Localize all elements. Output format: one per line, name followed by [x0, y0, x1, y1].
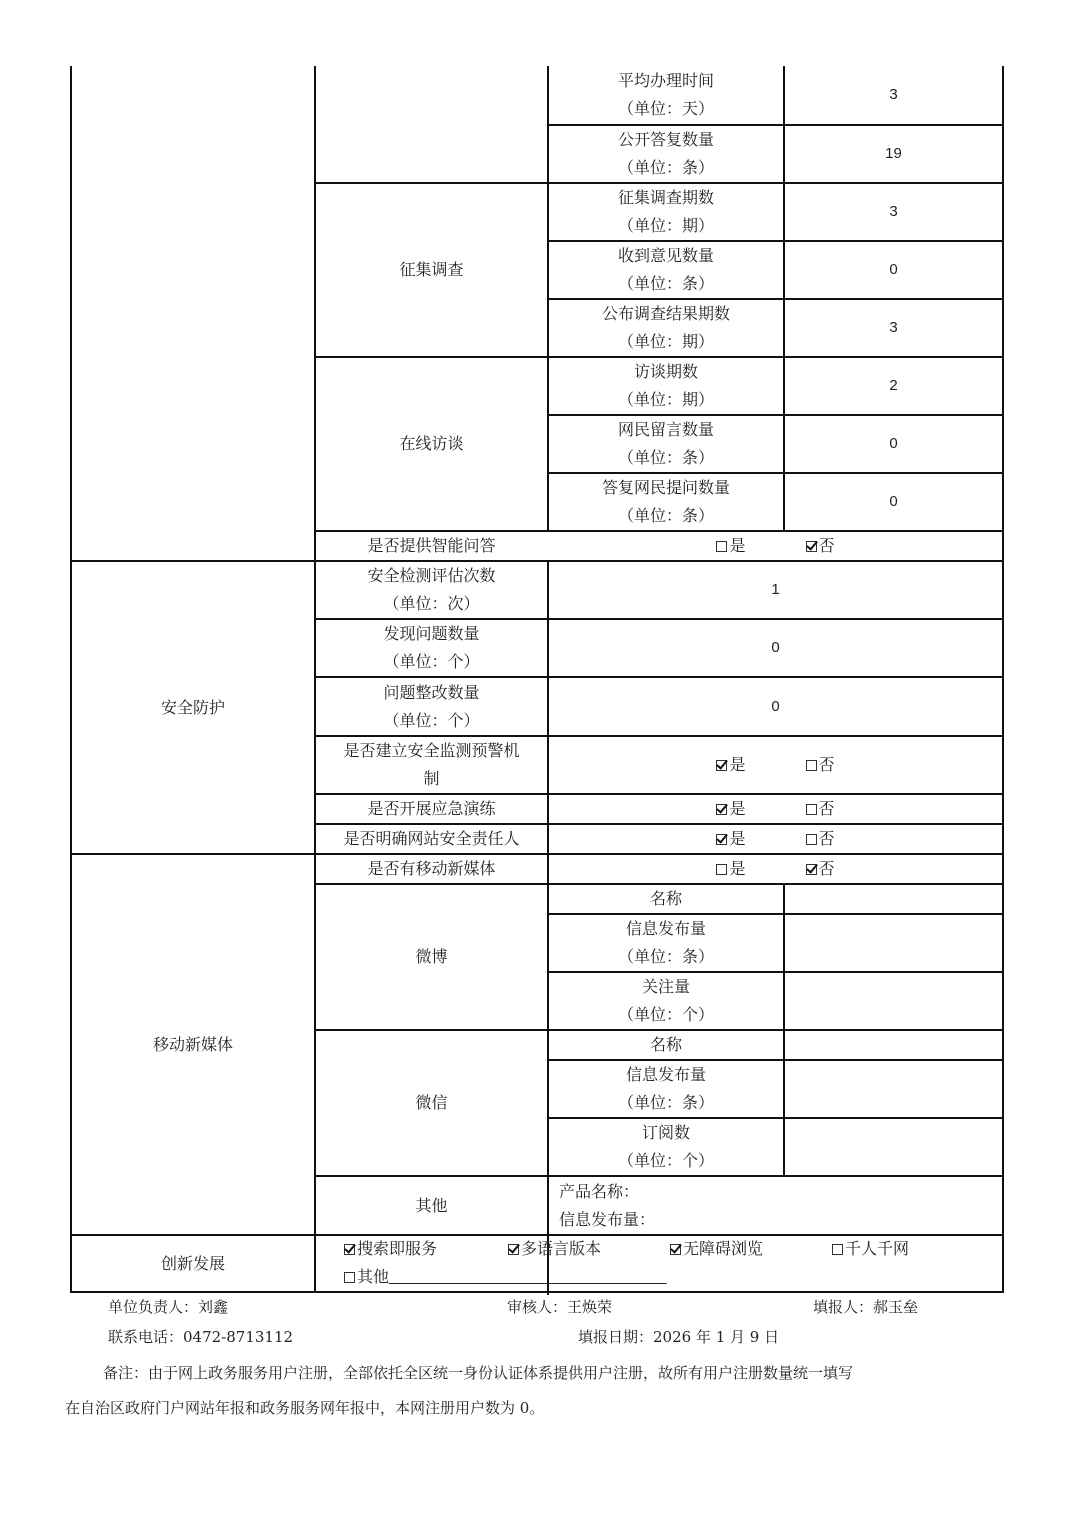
value-cell[interactable] — [785, 915, 1002, 971]
checkbox-unchecked-icon — [344, 1272, 355, 1283]
option-label: 否 — [819, 751, 835, 779]
group-label: 征集调查 — [399, 256, 463, 284]
fill-date: 填报日期：2026 年 1 月 9 日 — [578, 1326, 779, 1347]
row-unit: （单位：期） — [618, 328, 714, 356]
responsible-no-checkbox[interactable]: 否 — [806, 825, 835, 853]
option-label: 否 — [819, 532, 835, 560]
value-cell[interactable] — [785, 973, 1002, 1029]
row-label: 是否有移动新媒体 — [367, 855, 495, 883]
check-options: 是 否 — [549, 737, 1002, 793]
option-label: 无障碍浏览 — [683, 1235, 763, 1263]
checkbox-checked-icon — [716, 834, 727, 845]
smart-qa-yes-checkbox[interactable]: 是 — [716, 532, 745, 560]
value-cell[interactable] — [785, 1061, 1002, 1117]
label-cell: 信息发布量 （单位：条） — [549, 1061, 783, 1117]
check-options: 是 否 — [549, 795, 1002, 823]
row-value: 0 — [889, 488, 897, 516]
other-blank-field[interactable]: ___________________________________ — [389, 1263, 665, 1291]
row-label: 网民留言数量 — [618, 416, 714, 444]
row-unit: （单位：个） — [618, 1147, 714, 1175]
row-label: 关注量 — [642, 973, 690, 1001]
row-label-cont: 制 — [423, 765, 439, 793]
note-line-1: 备注：由于网上政务服务用户注册，全部依托全区统一身份认证体系提供用户注册，故所有… — [103, 1362, 853, 1383]
label-cell: 平均办理时间 （单位：天） — [549, 66, 783, 124]
label-cell: 是否开展应急演练 — [316, 795, 547, 823]
row-unit: （单位：条） — [618, 270, 714, 298]
row-value: 3 — [889, 314, 897, 342]
checkbox-checked-icon — [806, 541, 817, 552]
row-label: 答复网民提问数量 — [602, 474, 730, 502]
value-cell: 0 — [785, 416, 1002, 472]
row-label: 访谈期数 — [634, 358, 698, 386]
option-label: 多语言版本 — [521, 1235, 601, 1263]
row-value: 0 — [889, 430, 897, 458]
check-options: 是 否 — [549, 825, 1002, 853]
innovation-options: 搜索即服务 多语言版本 无障碍浏览 千人千网 其他_______________… — [316, 1236, 1002, 1291]
option-multilingual[interactable]: 多语言版本 — [508, 1235, 670, 1263]
other-product-cell[interactable]: 产品名称： 信息发布量： — [549, 1177, 1002, 1234]
checkbox-checked-icon — [806, 864, 817, 875]
drill-no-checkbox[interactable]: 否 — [806, 795, 835, 823]
monitoring-yes-checkbox[interactable]: 是 — [716, 751, 745, 779]
publish-count-label: 信息发布量： — [559, 1206, 655, 1234]
row-label: 订阅数 — [642, 1119, 690, 1147]
option-label: 否 — [819, 855, 835, 883]
row-label: 信息发布量 — [626, 915, 706, 943]
row-unit: （单位：个） — [383, 648, 479, 676]
row-label: 安全检测评估次数 — [367, 562, 495, 590]
group-weibo: 微博 — [316, 885, 547, 1029]
contact-phone: 联系电话：0472-8713112 — [108, 1326, 293, 1347]
value-cell: 2 — [785, 358, 1002, 414]
group-label: 微博 — [415, 943, 447, 971]
row-label: 收到意见数量 — [618, 242, 714, 270]
table-border-right — [1002, 66, 1004, 1293]
category-label: 移动新媒体 — [153, 1031, 233, 1059]
row-value: 1 — [771, 576, 779, 604]
row-label: 名称 — [650, 1031, 682, 1059]
checkbox-checked-icon — [716, 804, 727, 815]
checkbox-checked-icon — [670, 1244, 681, 1255]
category-media: 移动新媒体 — [72, 855, 314, 1234]
option-label: 否 — [819, 825, 835, 853]
label-cell: 网民留言数量 （单位：条） — [549, 416, 783, 472]
option-label: 是 — [729, 825, 745, 853]
row-unit: （单位：条） — [618, 502, 714, 530]
label-cell: 答复网民提问数量 （单位：条） — [549, 474, 783, 530]
filler: 填报人：郝玉垒 — [813, 1296, 918, 1317]
row-value: 3 — [889, 81, 897, 109]
group-label: 其他 — [415, 1192, 447, 1220]
option-label: 否 — [819, 795, 835, 823]
value-cell: 3 — [785, 300, 1002, 356]
category-security: 安全防护 — [72, 562, 314, 853]
option-accessibility[interactable]: 无障碍浏览 — [670, 1235, 832, 1263]
category-label: 安全防护 — [161, 694, 225, 722]
media-no-checkbox[interactable]: 否 — [806, 855, 835, 883]
row-value: 0 — [771, 634, 779, 662]
label-cell: 征集调查期数 （单位：期） — [549, 184, 783, 240]
product-name-label: 产品名称： — [559, 1178, 639, 1206]
option-label: 是 — [729, 751, 745, 779]
row-unit: （单位：期） — [618, 212, 714, 240]
value-cell[interactable] — [785, 885, 1002, 913]
smart-qa-options: 是 否 — [549, 532, 1002, 560]
row-value: 0 — [771, 693, 779, 721]
label-cell: 访谈期数 （单位：期） — [549, 358, 783, 414]
row-label: 问题整改数量 — [383, 679, 479, 707]
row-label: 公开答复数量 — [618, 126, 714, 154]
check-options: 是 否 — [549, 855, 1002, 883]
reviewer: 审核人：王焕荣 — [507, 1296, 612, 1317]
label-cell: 问题整改数量 （单位：个） — [316, 678, 547, 735]
smart-qa-label: 是否提供智能问答 — [316, 532, 547, 560]
monitoring-no-checkbox[interactable]: 否 — [806, 751, 835, 779]
row-unit: （单位：条） — [618, 943, 714, 971]
responsible-yes-checkbox[interactable]: 是 — [716, 825, 745, 853]
label-cell: 公布调查结果期数 （单位：期） — [549, 300, 783, 356]
row-value: 3 — [889, 198, 897, 226]
unit-head: 单位负责人：刘鑫 — [108, 1296, 228, 1317]
group-survey: 征集调查 — [316, 184, 547, 356]
row-label: 平均办理时间 — [618, 67, 714, 95]
value-cell[interactable] — [785, 1119, 1002, 1175]
label-cell: 是否有移动新媒体 — [316, 855, 547, 883]
value-cell: 3 — [785, 66, 1002, 124]
option-search-service[interactable]: 搜索即服务 — [344, 1235, 508, 1263]
group-wechat: 微信 — [316, 1031, 547, 1175]
value-cell: 3 — [785, 184, 1002, 240]
row-value: 0 — [889, 256, 897, 284]
label-cell: 安全检测评估次数 （单位：次） — [316, 562, 547, 618]
value-cell: 0 — [785, 474, 1002, 530]
checkbox-unchecked-icon — [832, 1244, 843, 1255]
option-label: 搜索即服务 — [357, 1235, 437, 1263]
row-label: 征集调查期数 — [618, 184, 714, 212]
label-cell: 发现问题数量 （单位：个） — [316, 620, 547, 676]
drill-yes-checkbox[interactable]: 是 — [716, 795, 745, 823]
value-cell: 0 — [785, 242, 1002, 298]
label-cell: 是否建立安全监测预警机 制 — [316, 737, 547, 793]
media-yes-checkbox[interactable]: 是 — [716, 855, 745, 883]
row-label: 发现问题数量 — [383, 620, 479, 648]
group-label: 微信 — [415, 1089, 447, 1117]
checkbox-unchecked-icon — [806, 804, 817, 815]
checkbox-checked-icon — [508, 1244, 519, 1255]
row-label: 公布调查结果期数 — [602, 300, 730, 328]
option-label: 是 — [729, 532, 745, 560]
label-cell: 信息发布量 （单位：条） — [549, 915, 783, 971]
row-unit: （单位：条） — [618, 444, 714, 472]
value-cell: 19 — [785, 126, 1002, 182]
group-label: 在线访谈 — [399, 430, 463, 458]
row-unit: （单位：个） — [383, 707, 479, 735]
label-cell: 收到意见数量 （单位：条） — [549, 242, 783, 298]
option-label: 千人千网 — [845, 1235, 909, 1263]
checkbox-checked-icon — [716, 760, 727, 771]
checkbox-checked-icon — [344, 1244, 355, 1255]
label-cell: 名称 — [549, 1031, 783, 1059]
value-cell: 1 — [549, 562, 1002, 618]
checkbox-unchecked-icon — [716, 541, 727, 552]
row-value: 19 — [885, 140, 902, 168]
row-unit: （单位：条） — [618, 1089, 714, 1117]
smart-qa-no-checkbox[interactable]: 否 — [806, 532, 835, 560]
row-label: 名称 — [650, 885, 682, 913]
option-label: 其他 — [357, 1263, 389, 1291]
label-cell: 关注量 （单位：个） — [549, 973, 783, 1029]
checkbox-unchecked-icon — [806, 760, 817, 771]
value-cell: 0 — [549, 620, 1002, 676]
checkbox-unchecked-icon — [716, 864, 727, 875]
row-unit: （单位：条） — [618, 154, 714, 182]
option-other[interactable]: 其他___________________________________ — [344, 1263, 665, 1291]
group-interview: 在线访谈 — [316, 358, 547, 530]
row-label: 信息发布量 — [626, 1061, 706, 1089]
value-cell: 0 — [549, 678, 1002, 735]
note-line-2: 在自治区政府门户网站年报和政务服务网年报中，本网注册用户数为 0。 — [65, 1397, 544, 1418]
label-cell: 是否明确网站安全责任人 — [316, 825, 547, 853]
row-unit: （单位：期） — [618, 386, 714, 414]
category-innovation: 创新发展 — [72, 1236, 314, 1291]
row-unit: （单位：次） — [383, 590, 479, 618]
option-personalized[interactable]: 千人千网 — [832, 1235, 909, 1263]
row-label: 是否开展应急演练 — [367, 795, 495, 823]
row-unit: （单位：个） — [618, 1001, 714, 1029]
category-label: 创新发展 — [161, 1250, 225, 1278]
row-unit: （单位：天） — [618, 95, 714, 123]
row-label: 是否明确网站安全责任人 — [343, 825, 519, 853]
option-label: 是 — [729, 855, 745, 883]
value-cell[interactable] — [785, 1031, 1002, 1059]
row-label: 是否提供智能问答 — [367, 532, 495, 560]
label-cell: 公开答复数量 （单位：条） — [549, 126, 783, 182]
row-label: 是否建立安全监测预警机 — [343, 737, 519, 765]
option-label: 是 — [729, 795, 745, 823]
label-cell: 名称 — [549, 885, 783, 913]
row-value: 2 — [889, 372, 897, 400]
checkbox-unchecked-icon — [806, 834, 817, 845]
group-other: 其他 — [316, 1177, 547, 1234]
label-cell: 订阅数 （单位：个） — [549, 1119, 783, 1175]
